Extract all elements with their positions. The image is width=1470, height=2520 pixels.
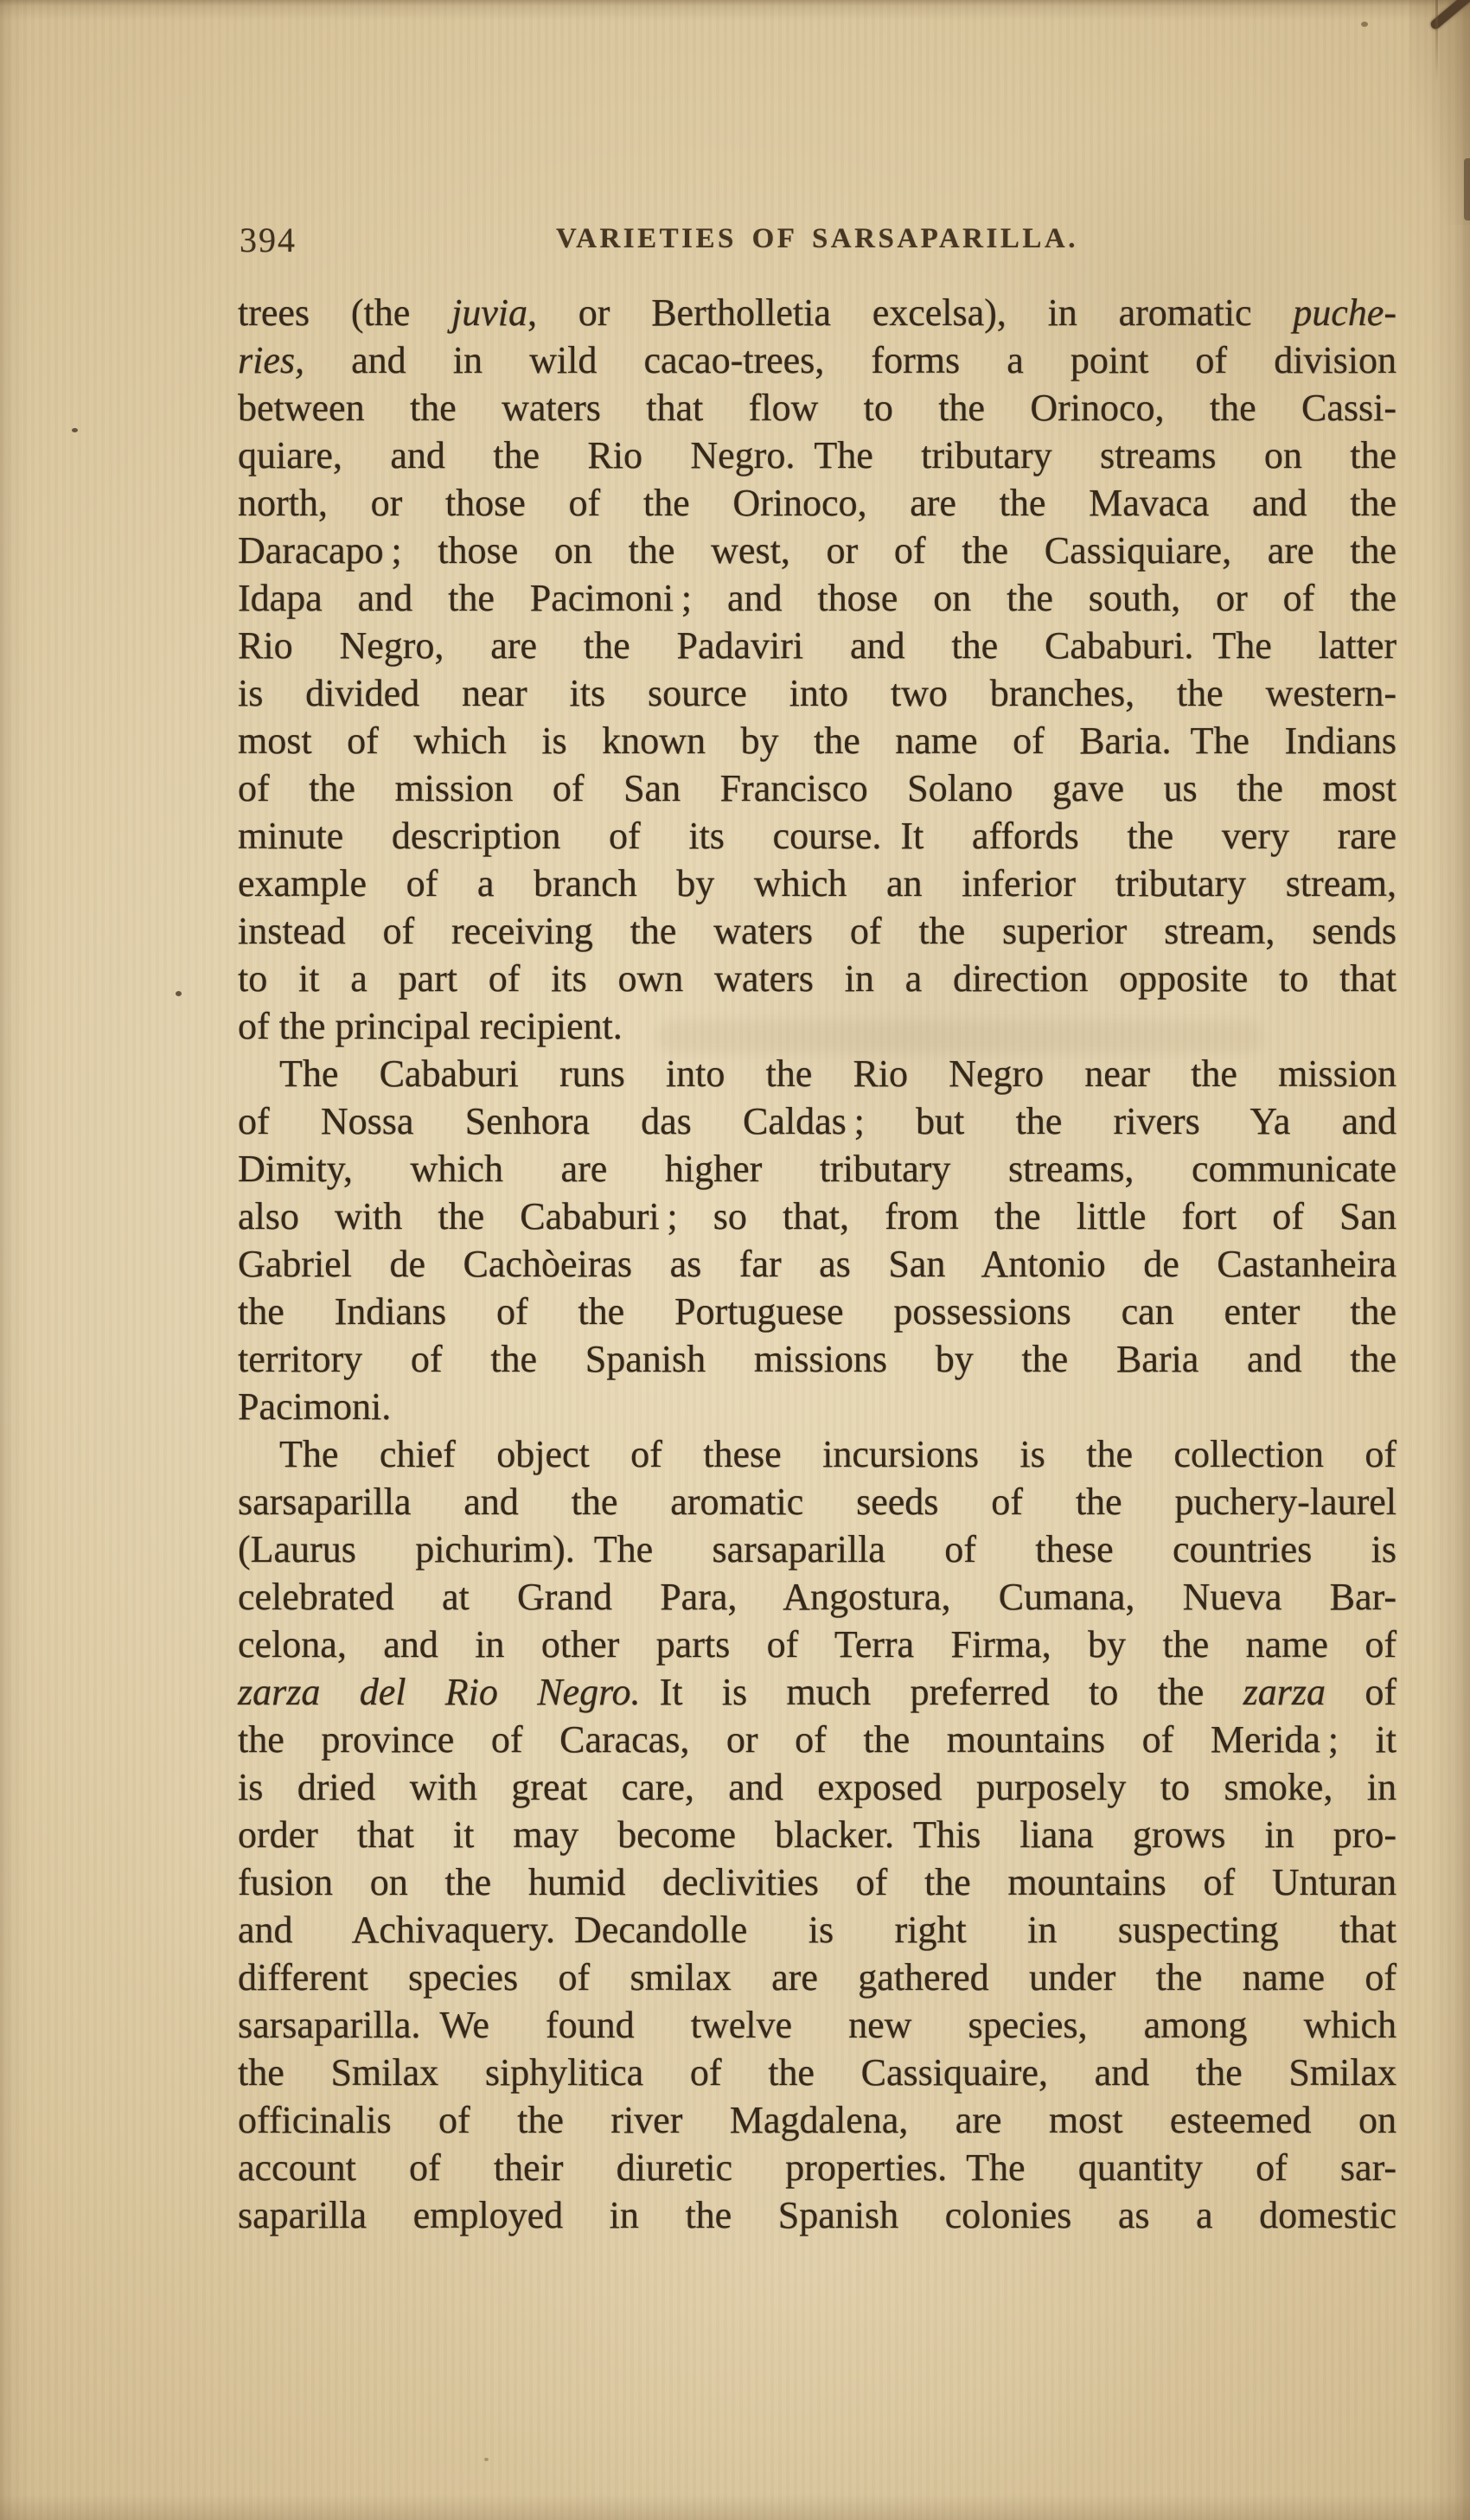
text-line: territory of the Spanish missions by the… (238, 1335, 1396, 1383)
text-line: Dimity, which are higher tributary strea… (238, 1145, 1396, 1193)
text-line: ries, and in wild cacao-trees, forms a p… (238, 336, 1396, 384)
scanned-book-page: 394 VARIETIES OF SARSAPARILLA. trees (th… (0, 0, 1470, 2520)
paper-smudge (657, 1020, 1262, 1053)
page-title: VARIETIES OF SARSAPARILLA. (238, 223, 1396, 255)
paragraph: The chief object of these incursions is … (238, 1430, 1396, 2239)
text-segment: north, or those of the Orinoco, are the … (238, 482, 1396, 524)
text-segment: Pacimoni. (238, 1385, 391, 1428)
paper-speck (72, 428, 78, 432)
text-line: and Achivaquery. Decandolle is right in … (238, 1906, 1396, 1954)
text-segment: Gabriel de Cachòeiras as far as San Anto… (238, 1243, 1396, 1285)
text-segment: sarsaparilla and the aromatic seeds of t… (238, 1481, 1396, 1523)
text-line: sarsaparilla and the aromatic seeds of t… (238, 1478, 1396, 1525)
text-segment: Dimity, which are higher tributary strea… (238, 1148, 1396, 1190)
text-line: also with the Cababuri ; so that, from t… (238, 1193, 1396, 1240)
page-corner-shading (1409, 0, 1470, 225)
text-line: is dried with great care, and exposed pu… (238, 1763, 1396, 1811)
text-line: account of their diuretic properties. Th… (238, 2144, 1396, 2191)
text-segment: celebrated at Grand Para, Angostura, Cum… (238, 1576, 1396, 1618)
running-header: 394 VARIETIES OF SARSAPARILLA. (238, 216, 1396, 261)
text-segment: is divided near its source into two bran… (238, 672, 1396, 714)
page-edge-crease (1435, 0, 1438, 82)
text-segment: Rio Negro, are the Padaviri and the Caba… (238, 624, 1396, 667)
text-segment: sarsaparilla. We found twelve new specie… (238, 2004, 1396, 2046)
paper-speck (176, 991, 182, 996)
text-line: different species of smilax are gathered… (238, 1954, 1396, 2001)
text-line: between the waters that flow to the Orin… (238, 384, 1396, 432)
paragraph: trees (the juvia, or Bertholletia excels… (238, 289, 1396, 1050)
text-line: sarsaparilla. We found twelve new specie… (238, 2001, 1396, 2049)
text-line: fusion on the humid declivities of the m… (238, 1858, 1396, 1906)
text-segment: different species of smilax are gathered… (238, 1956, 1396, 1999)
text-segment: the province of Caracas, or of the mount… (238, 1718, 1396, 1761)
italic-text-segment: zarza del Rio Negro. (238, 1671, 641, 1713)
text-segment: of the principal recipient. (238, 1005, 623, 1047)
text-segment: example of a branch by which an inferior… (238, 862, 1396, 905)
text-line: celebrated at Grand Para, Angostura, Cum… (238, 1573, 1396, 1621)
text-line: the province of Caracas, or of the mount… (238, 1716, 1396, 1763)
text-line: the Smilax siphylitica of the Cassiquair… (238, 2049, 1396, 2096)
text-segment: the Smilax siphylitica of the Cassiquair… (238, 2051, 1396, 2094)
text-segment: most of which is known by the name of Ba… (238, 720, 1396, 762)
italic-text-segment: ries, (238, 339, 304, 381)
text-segment: saparilla employed in the Spanish coloni… (238, 2194, 1396, 2236)
text-line: Gabriel de Cachòeiras as far as San Anto… (238, 1240, 1396, 1288)
text-segment: between the waters that flow to the Orin… (238, 387, 1396, 429)
text-segment: also with the Cababuri ; so that, from t… (238, 1195, 1396, 1238)
text-segment: and in wild cacao-trees, forms a point o… (304, 339, 1396, 381)
text-segment: The chief object of these incursions is … (279, 1433, 1396, 1475)
text-segment: It is much preferred to the (641, 1671, 1243, 1713)
text-segment: trees (the (238, 291, 451, 334)
text-segment: fusion on the humid declivities of the m… (238, 1861, 1396, 1903)
text-line: The chief object of these incursions is … (238, 1430, 1396, 1478)
paragraph: The Cababuri runs into the Rio Negro nea… (238, 1050, 1396, 1430)
text-line: of the mission of San Francisco Solano g… (238, 764, 1396, 812)
text-segment: The Cababuri runs into the Rio Negro nea… (279, 1052, 1396, 1095)
text-segment: quiare, and the Rio Negro. The tributary… (238, 434, 1396, 476)
paper-speck (484, 2458, 489, 2461)
text-line: minute description of its course. It aff… (238, 812, 1396, 860)
text-segment: is dried with great care, and exposed pu… (238, 1766, 1396, 1808)
italic-text-segment: puche- (1293, 291, 1396, 334)
text-line: quiare, and the Rio Negro. The tributary… (238, 432, 1396, 479)
text-segment: of (1326, 1671, 1396, 1713)
text-segment: Idapa and the Pacimoni ; and those on th… (238, 577, 1396, 619)
text-line: of Nossa Senhora das Caldas ; but the ri… (238, 1097, 1396, 1145)
text-segment: order that it may become blacker. This l… (238, 1813, 1396, 1856)
text-line: officinalis of the river Magdalena, are … (238, 2096, 1396, 2144)
text-segment: (Laurus pichurim). The sarsaparilla of t… (238, 1528, 1396, 1570)
text-line: zarza del Rio Negro. It is much preferre… (238, 1668, 1396, 1716)
text-line: Rio Negro, are the Padaviri and the Caba… (238, 622, 1396, 669)
text-line: The Cababuri runs into the Rio Negro nea… (238, 1050, 1396, 1097)
text-line: north, or those of the Orinoco, are the … (238, 479, 1396, 527)
italic-text-segment: zarza (1243, 1671, 1326, 1713)
text-segment: , or Bertholletia excelsa), in aromatic (527, 291, 1293, 334)
text-line: Idapa and the Pacimoni ; and those on th… (238, 574, 1396, 622)
text-segment: officinalis of the river Magdalena, are … (238, 2099, 1396, 2141)
text-segment: account of their diuretic properties. Th… (238, 2146, 1396, 2189)
text-line: order that it may become blacker. This l… (238, 1811, 1396, 1858)
text-segment: instead of receiving the waters of the s… (238, 910, 1396, 952)
text-line: saparilla employed in the Spanish coloni… (238, 2191, 1396, 2239)
text-segment: and Achivaquery. Decandolle is right in … (238, 1909, 1396, 1951)
text-segment: of the mission of San Francisco Solano g… (238, 767, 1396, 809)
text-segment: Daracapo ; those on the west, or of the … (238, 529, 1396, 572)
text-segment: the Indians of the Portuguese possession… (238, 1290, 1396, 1333)
text-line: trees (the juvia, or Bertholletia excels… (238, 289, 1396, 336)
italic-text-segment: juvia (451, 291, 527, 334)
text-line: instead of receiving the waters of the s… (238, 907, 1396, 955)
text-segment: celona, and in other parts of Terra Firm… (238, 1623, 1396, 1666)
text-segment: of Nossa Senhora das Caldas ; but the ri… (238, 1100, 1396, 1142)
text-line: Pacimoni. (238, 1383, 1396, 1430)
text-line: Daracapo ; those on the west, or of the … (238, 527, 1396, 574)
text-line: the Indians of the Portuguese possession… (238, 1288, 1396, 1335)
text-segment: to it a part of its own waters in a dire… (238, 957, 1396, 1000)
text-line: most of which is known by the name of Ba… (238, 717, 1396, 764)
text-segment: minute description of its course. It aff… (238, 815, 1396, 857)
text-line: example of a branch by which an inferior… (238, 860, 1396, 907)
text-segment: territory of the Spanish missions by the… (238, 1338, 1396, 1380)
text-line: (Laurus pichurim). The sarsaparilla of t… (238, 1525, 1396, 1573)
page-edge-nick (1464, 158, 1470, 221)
body-text: trees (the juvia, or Bertholletia excels… (238, 289, 1396, 2239)
text-line: celona, and in other parts of Terra Firm… (238, 1621, 1396, 1668)
paper-speck (1361, 22, 1368, 27)
text-line: to it a part of its own waters in a dire… (238, 955, 1396, 1002)
text-line: is divided near its source into two bran… (238, 669, 1396, 717)
